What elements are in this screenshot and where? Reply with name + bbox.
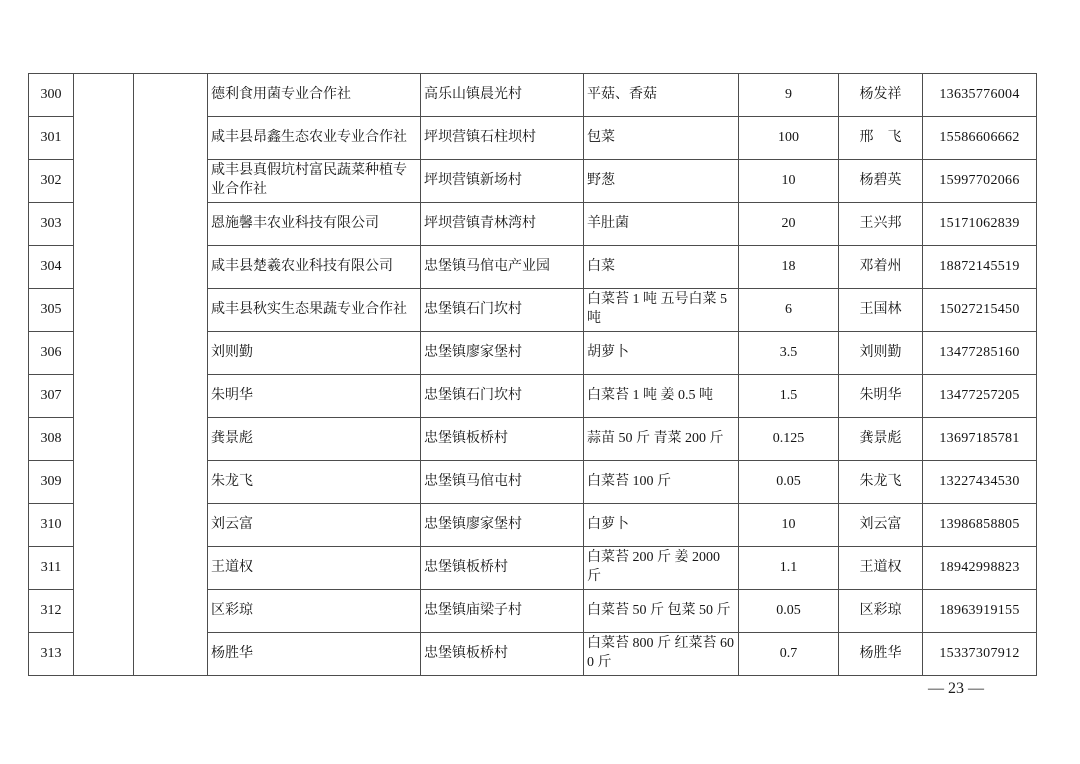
cell-quantity: 20: [739, 203, 839, 246]
cell-supplier-name: 刘则勤: [208, 332, 421, 375]
cell-contact-name: 朱明华: [839, 375, 923, 418]
cell-location: 坪坝营镇新场村: [421, 160, 584, 203]
cell-quantity: 0.05: [739, 461, 839, 504]
cell-quantity: 1.5: [739, 375, 839, 418]
cell-phone-number: 13635776004: [923, 74, 1037, 117]
cell-products: 白菜苔 200 斤 姜 2000 斤: [584, 547, 739, 590]
cell-products: 白菜苔 1 吨 五号白菜 5 吨: [584, 289, 739, 332]
cell-contact-name: 杨胜华: [839, 633, 923, 676]
cell-row-index: 310: [29, 504, 74, 547]
cell-phone-number: 18872145519: [923, 246, 1037, 289]
cell-contact-name: 朱龙飞: [839, 461, 923, 504]
cell-phone-number: 15171062839: [923, 203, 1037, 246]
cell-row-index: 301: [29, 117, 74, 160]
cell-row-index: 304: [29, 246, 74, 289]
cell-row-index: 312: [29, 590, 74, 633]
cell-row-index: 302: [29, 160, 74, 203]
cell-location: 忠堡镇板桥村: [421, 418, 584, 461]
cell-location: 坪坝营镇石柱坝村: [421, 117, 584, 160]
cell-phone-number: 13477257205: [923, 375, 1037, 418]
cell-location: 忠堡镇廖家堡村: [421, 332, 584, 375]
cell-quantity: 0.125: [739, 418, 839, 461]
cell-location: 坪坝营镇青林湾村: [421, 203, 584, 246]
cell-contact-name: 杨发祥: [839, 74, 923, 117]
cell-contact-name: 杨碧英: [839, 160, 923, 203]
cell-quantity: 100: [739, 117, 839, 160]
cell-quantity: 1.1: [739, 547, 839, 590]
supply-table: 300德利食用菌专业合作社高乐山镇晨光村平菇、香菇9杨发祥13635776004…: [28, 73, 1037, 676]
cell-location: 忠堡镇马倌屯产业园: [421, 246, 584, 289]
cell-products: 胡萝卜: [584, 332, 739, 375]
cell-contact-name: 邢 飞: [839, 117, 923, 160]
cell-contact-name: 王兴邦: [839, 203, 923, 246]
cell-products: 白萝卜: [584, 504, 739, 547]
cell-location: 忠堡镇庙梁子村: [421, 590, 584, 633]
cell-phone-number: 15027215450: [923, 289, 1037, 332]
cell-location: 忠堡镇石门坎村: [421, 289, 584, 332]
cell-contact-name: 王道权: [839, 547, 923, 590]
table-row: 300德利食用菌专业合作社高乐山镇晨光村平菇、香菇9杨发祥13635776004: [29, 74, 1037, 117]
cell-quantity: 6: [739, 289, 839, 332]
cell-row-index: 311: [29, 547, 74, 590]
cell-phone-number: 13477285160: [923, 332, 1037, 375]
cell-quantity: 10: [739, 504, 839, 547]
cell-location: 忠堡镇廖家堡村: [421, 504, 584, 547]
cell-products: 野葱: [584, 160, 739, 203]
cell-supplier-name: 朱明华: [208, 375, 421, 418]
cell-products: 羊肚菌: [584, 203, 739, 246]
cell-phone-number: 15586606662: [923, 117, 1037, 160]
cell-location: 忠堡镇马倌屯村: [421, 461, 584, 504]
cell-quantity: 3.5: [739, 332, 839, 375]
cell-phone-number: 13986858805: [923, 504, 1037, 547]
cell-location: 忠堡镇石门坎村: [421, 375, 584, 418]
cell-row-index: 303: [29, 203, 74, 246]
cell-contact-name: 刘则勤: [839, 332, 923, 375]
cell-row-index: 307: [29, 375, 74, 418]
cell-quantity: 18: [739, 246, 839, 289]
cell-products: 白菜苔 100 斤: [584, 461, 739, 504]
cell-products: 平菇、香菇: [584, 74, 739, 117]
cell-contact-name: 邓着州: [839, 246, 923, 289]
page-number: — 23 —: [928, 680, 984, 698]
cell-location: 高乐山镇晨光村: [421, 74, 584, 117]
cell-row-index: 305: [29, 289, 74, 332]
cell-supplier-name: 咸丰县昂鑫生态农业专业合作社: [208, 117, 421, 160]
cell-quantity: 10: [739, 160, 839, 203]
cell-row-index: 300: [29, 74, 74, 117]
cell-supplier-name: 德利食用菌专业合作社: [208, 74, 421, 117]
cell-products: 蒜苗 50 斤 青菜 200 斤: [584, 418, 739, 461]
cell-row-index: 313: [29, 633, 74, 676]
cell-supplier-name: 区彩琼: [208, 590, 421, 633]
cell-row-index: 306: [29, 332, 74, 375]
cell-contact-name: 刘云富: [839, 504, 923, 547]
cell-phone-number: 13697185781: [923, 418, 1037, 461]
cell-contact-name: 龚景彪: [839, 418, 923, 461]
cell-products: 白菜苔 1 吨 姜 0.5 吨: [584, 375, 739, 418]
cell-contact-name: 区彩琼: [839, 590, 923, 633]
cell-supplier-name: 王道权: [208, 547, 421, 590]
cell-supplier-name: 恩施馨丰农业科技有限公司: [208, 203, 421, 246]
cell-row-index: 309: [29, 461, 74, 504]
cell-supplier-name: 刘云富: [208, 504, 421, 547]
cell-supplier-name: 朱龙飞: [208, 461, 421, 504]
cell-supplier-name: 咸丰县秋实生态果蔬专业合作社: [208, 289, 421, 332]
cell-quantity: 9: [739, 74, 839, 117]
cell-products: 白菜苔 800 斤 红菜苔 600 斤: [584, 633, 739, 676]
cell-phone-number: 13227434530: [923, 461, 1037, 504]
cell-phone-number: 15337307912: [923, 633, 1037, 676]
cell-row-index: 308: [29, 418, 74, 461]
cell-products: 白菜: [584, 246, 739, 289]
cell-supplier-name: 咸丰县楚羲农业科技有限公司: [208, 246, 421, 289]
document-page: 300德利食用菌专业合作社高乐山镇晨光村平菇、香菇9杨发祥13635776004…: [0, 0, 1080, 764]
cell-location: 忠堡镇板桥村: [421, 633, 584, 676]
cell-products: 白菜苔 50 斤 包菜 50 斤: [584, 590, 739, 633]
cell-quantity: 0.05: [739, 590, 839, 633]
blank-column-cell: [134, 74, 208, 676]
cell-supplier-name: 杨胜华: [208, 633, 421, 676]
cell-quantity: 0.7: [739, 633, 839, 676]
blank-column-cell: [74, 74, 134, 676]
cell-phone-number: 15997702066: [923, 160, 1037, 203]
cell-supplier-name: 龚景彪: [208, 418, 421, 461]
cell-contact-name: 王国林: [839, 289, 923, 332]
cell-supplier-name: 咸丰县真假坑村富民蔬菜种植专业合作社: [208, 160, 421, 203]
cell-phone-number: 18942998823: [923, 547, 1037, 590]
cell-location: 忠堡镇板桥村: [421, 547, 584, 590]
cell-products: 包菜: [584, 117, 739, 160]
cell-phone-number: 18963919155: [923, 590, 1037, 633]
